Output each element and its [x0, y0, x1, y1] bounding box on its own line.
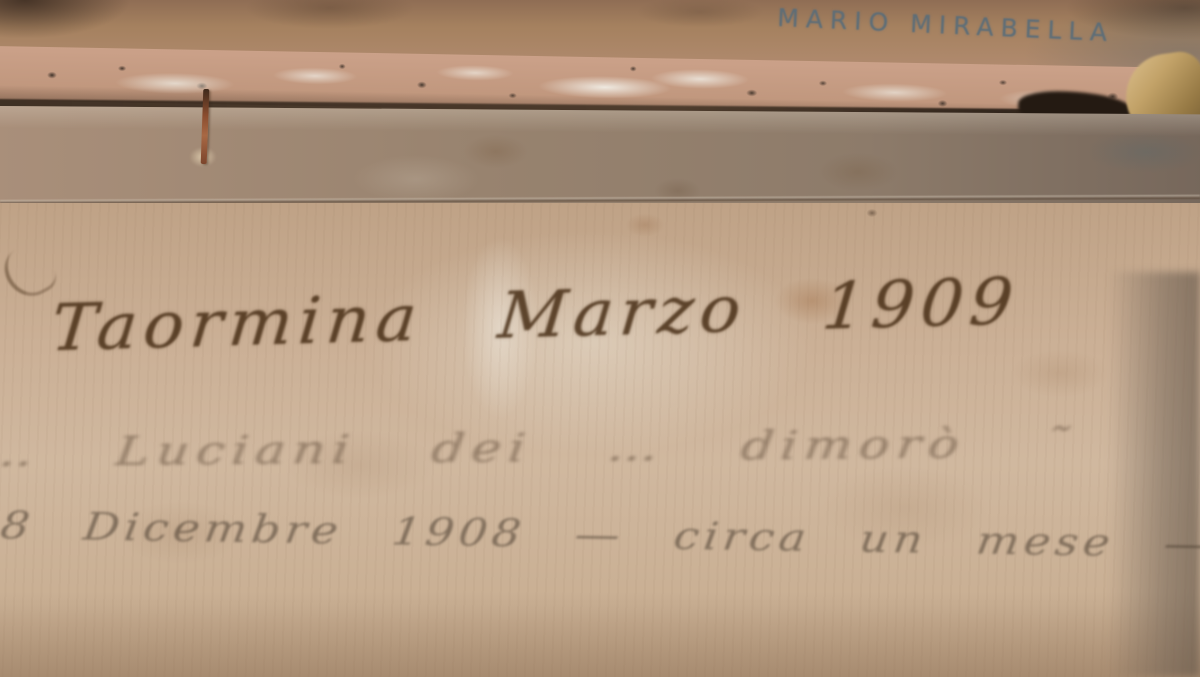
faded-inscription-line-1: … Luciani dei … dimorò ˜ [0, 420, 1077, 476]
photo-back-of-painting: MARIO MIRABELLA Taormina Marzo 1909 … Lu… [0, 0, 1200, 677]
right-edge-shadow [1108, 272, 1200, 677]
